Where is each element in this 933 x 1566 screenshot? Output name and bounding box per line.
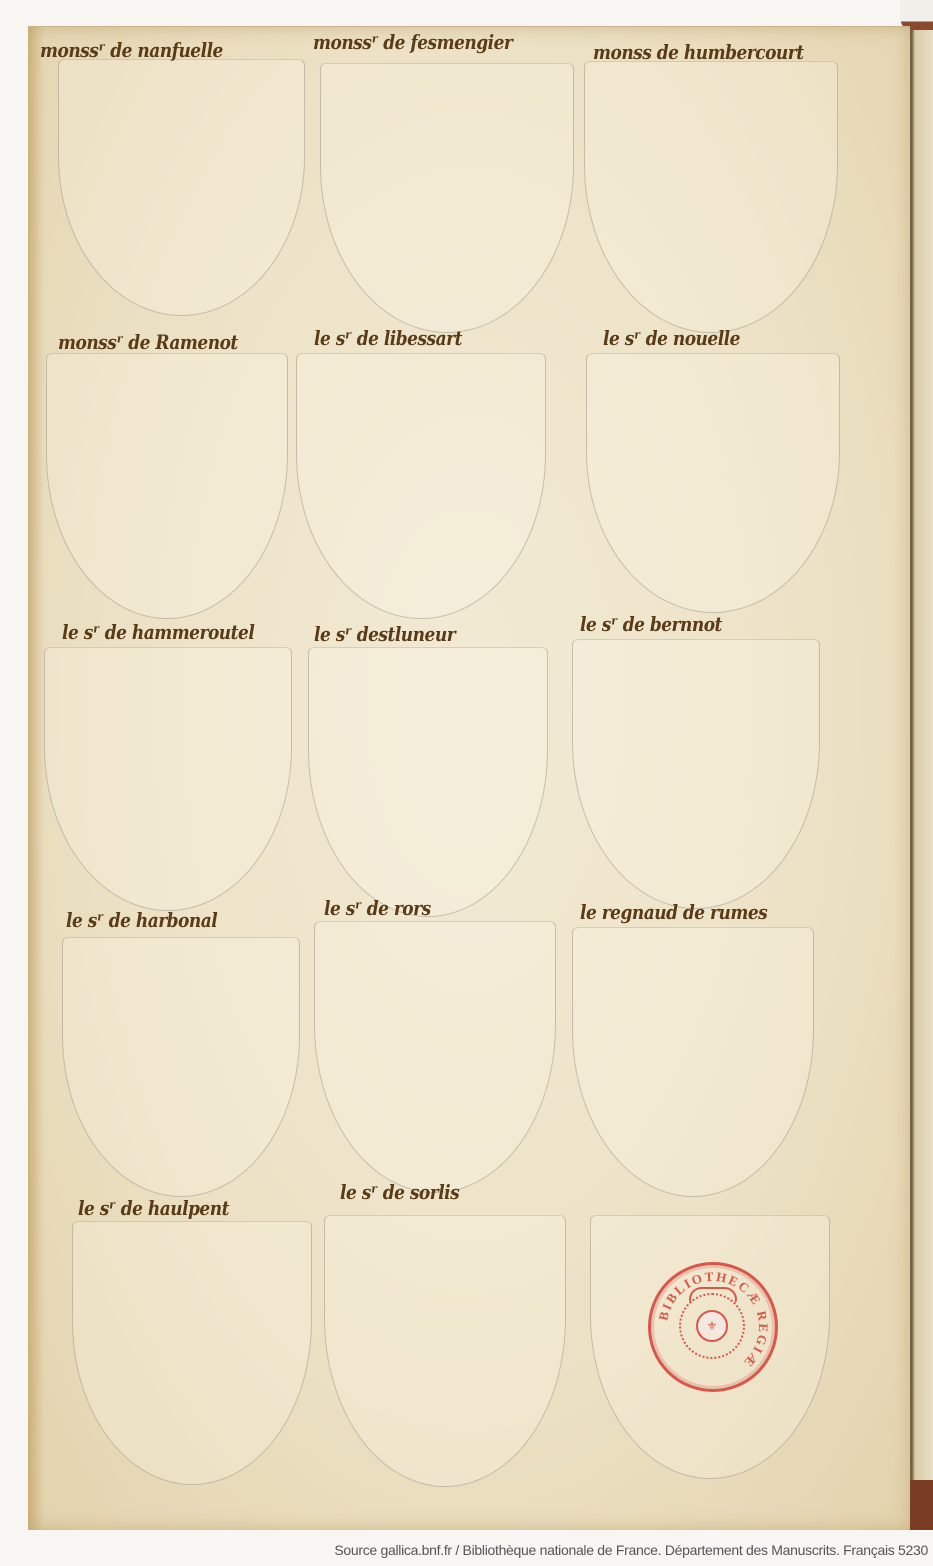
shield-label: monss de humbercourt	[593, 42, 804, 65]
fleur-de-lis-icon: ⚜	[696, 1310, 728, 1342]
library-stamp: BIBLIOTHECÆ REGIÆ ⚜	[648, 1262, 778, 1392]
shield-outline	[314, 921, 556, 1193]
shield-outline	[296, 353, 546, 619]
shield-label: le sʳ de bernnot	[580, 614, 722, 637]
wreath-icon: ⚜	[679, 1293, 745, 1359]
shield-label: le sʳ de libessart	[314, 328, 462, 351]
shield-label: monssʳ de Ramenot	[58, 332, 238, 355]
shield-label: le sʳ de rors	[324, 898, 431, 921]
source-credit: Source gallica.bnf.fr / Bibliothèque nat…	[334, 1542, 928, 1558]
shield-outline	[324, 1215, 566, 1487]
shield-outline	[58, 59, 305, 316]
shield-label: le sʳ de nouelle	[603, 328, 740, 351]
shield-outline	[572, 639, 820, 909]
shield-outline	[72, 1221, 312, 1485]
shield-outline	[320, 63, 574, 333]
shield-label: le sʳ de haulpent	[78, 1198, 229, 1221]
shield-outline	[308, 647, 548, 917]
shield-outline	[44, 647, 292, 911]
shield-label: le sʳ destluneur	[314, 624, 455, 647]
shield-outline	[62, 937, 300, 1197]
shield-label: le sʳ de sorlis	[340, 1182, 459, 1205]
shield-label: monssʳ de fesmengier	[313, 32, 512, 55]
shield-label: le regnaud de rumes	[580, 902, 767, 925]
shield-outline	[572, 927, 814, 1197]
shield-outline	[586, 353, 840, 613]
manuscript-page: monssʳ de nanfuelle monssʳ de fesmengier…	[28, 26, 910, 1530]
shield-label: le sʳ de hammeroutel	[62, 622, 254, 645]
shield-label: le sʳ de harbonal	[66, 910, 217, 933]
shield-outline	[46, 353, 288, 619]
shield-label: monssʳ de nanfuelle	[40, 40, 223, 63]
shield-outline	[584, 61, 838, 333]
